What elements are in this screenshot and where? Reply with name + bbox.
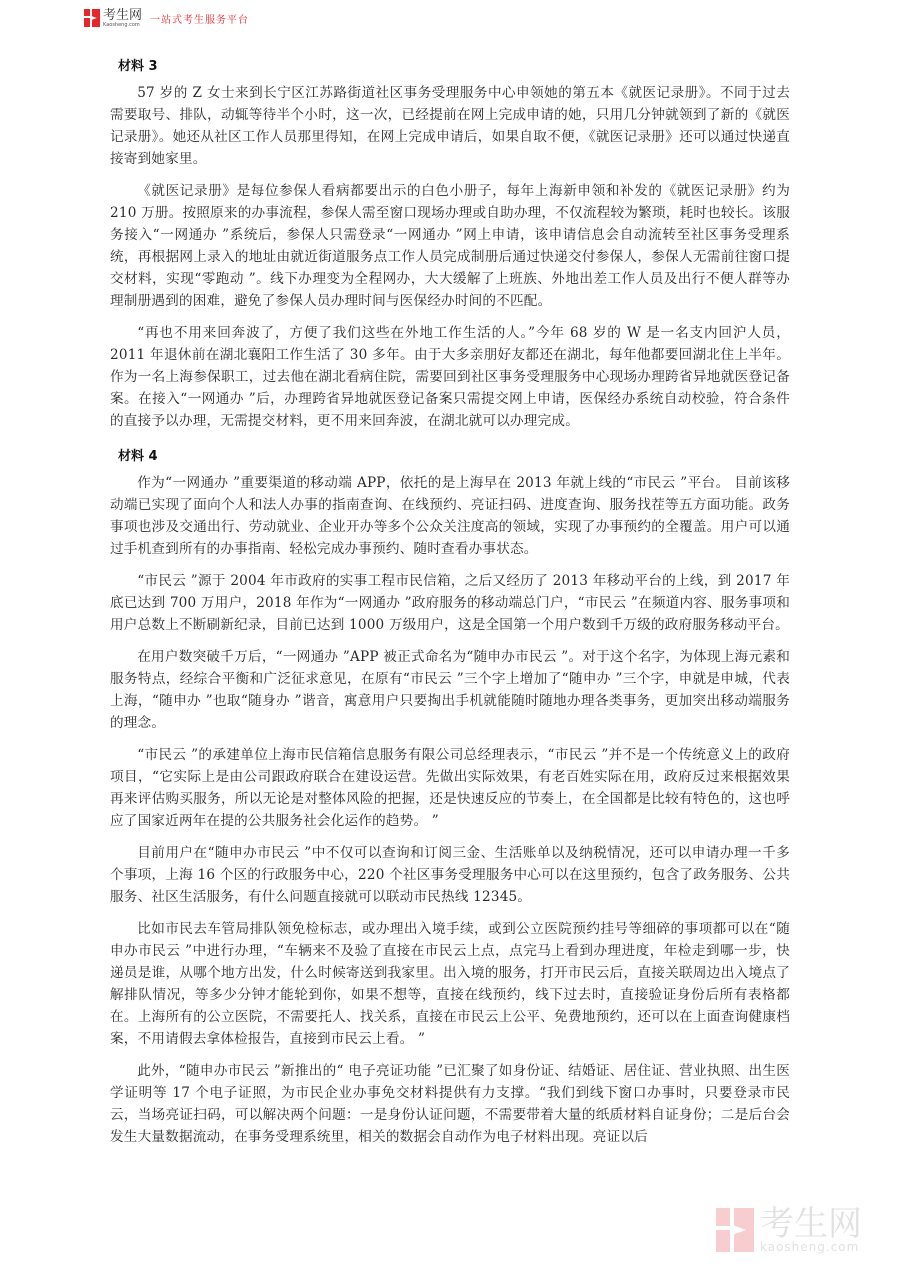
paragraph: 此外，“随申办市民云 ”新推出的“ 电子亮证功能 ”已汇聚了如身份证、结婚证、居… <box>110 1060 790 1148</box>
watermark-logo-icon <box>716 1208 754 1252</box>
paragraph: “市民云 ”源于 2004 年市政府的实事工程市民信箱，之后又经历了 2013 … <box>110 570 790 636</box>
site-header: 考生网 Kaosheng.com 一站式考生服务平台 <box>84 6 249 30</box>
paragraph: “再也不用来回奔波了，方便了我们这些在外地工作生活的人。”今年 68 岁的 W … <box>110 322 790 432</box>
section-title: 材料 4 <box>114 442 790 472</box>
slogan: 一站式考生服务平台 <box>150 11 249 26</box>
logo-text: 考生网 Kaosheng.com <box>103 9 142 28</box>
section-material-4: 材料 4 作为“一网通办 ”重要渠道的移动端 APP，依托的是上海早在 2013… <box>114 442 790 1148</box>
logo-en: Kaosheng.com <box>103 23 142 28</box>
paragraph: “市民云 ”的承建单位上海市民信箱信息服务有限公司总经理表示，“市民云 ”并不是… <box>110 744 790 832</box>
section-material-3: 材料 3 57 岁的 Z 女士来到长宁区江苏路街道社区事务受理服务中心申领她的第… <box>114 52 790 432</box>
logo-cn: 考生网 <box>103 9 142 22</box>
paragraph: 57 岁的 Z 女士来到长宁区江苏路街道社区事务受理服务中心申领她的第五本《就医… <box>110 82 790 170</box>
paragraph: 在用户数突破千万后，“一网通办 ”APP 被正式命名为“随申办市民云 ”。对于这… <box>110 646 790 734</box>
watermark: 考生网 kaosheng.com <box>716 1207 862 1253</box>
paragraph: 比如市民去车管局排队领免检标志，或办理出入境手续，或到公立医院预约挂号等细碎的事… <box>110 918 790 1050</box>
watermark-en: kaosheng.com <box>760 1241 862 1253</box>
paragraph: 《就医记录册》是每位参保人看病都要出示的白色小册子，每年上海新申领和补发的《就医… <box>110 180 790 312</box>
watermark-cn: 考生网 <box>760 1207 862 1241</box>
paragraph: 目前用户在“随申办市民云 ”中不仅可以查询和订阅三金、生活账单以及纳税情况，还可… <box>110 842 790 908</box>
kaosheng-logo-icon <box>84 9 100 27</box>
paragraph: 作为“一网通办 ”重要渠道的移动端 APP，依托的是上海早在 2013 年就上线… <box>110 472 790 560</box>
section-title: 材料 3 <box>114 52 790 82</box>
document-body: 材料 3 57 岁的 Z 女士来到长宁区江苏路街道社区事务受理服务中心申领她的第… <box>114 52 790 1158</box>
